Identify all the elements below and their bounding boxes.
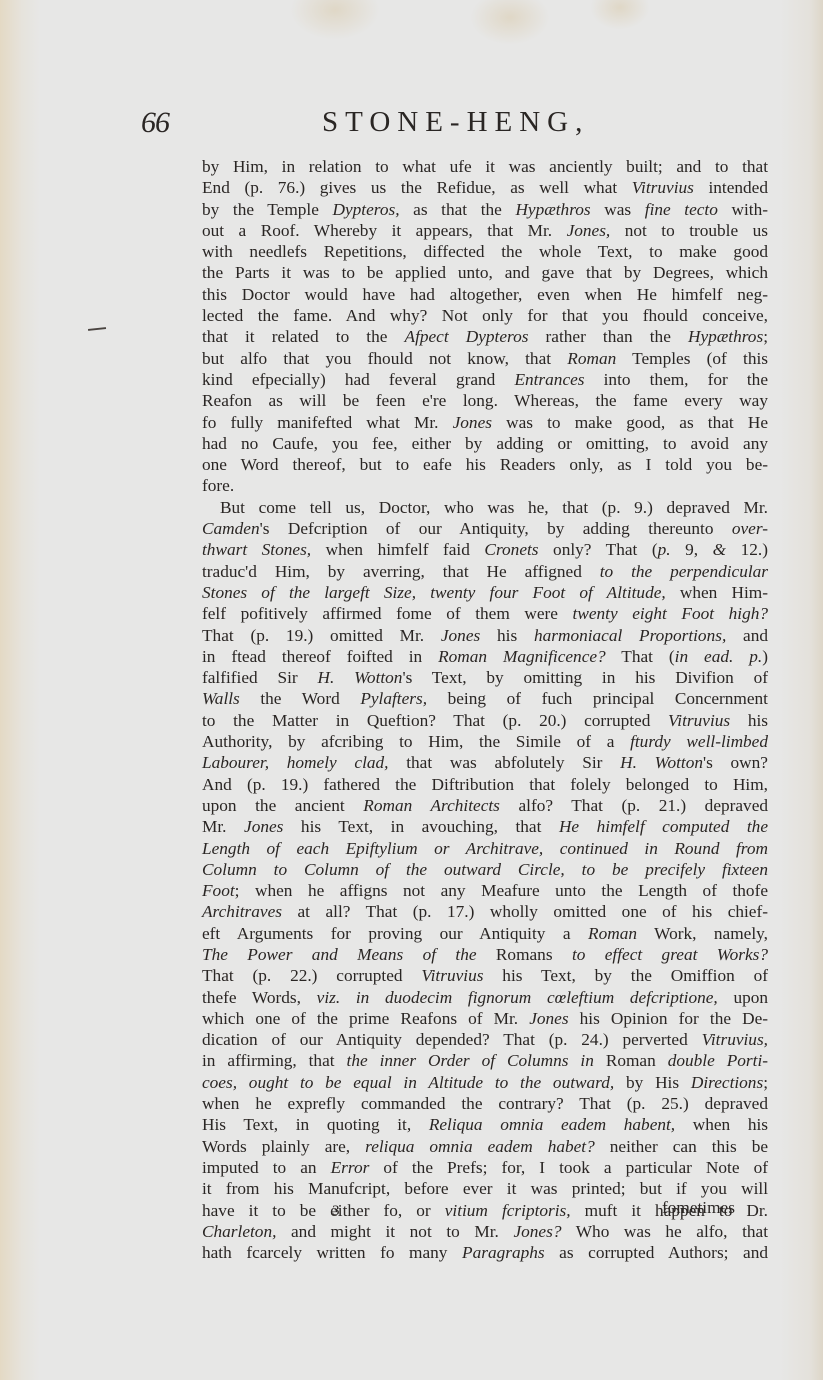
text-line: Stones of the largeft Size, twenty four … (202, 582, 768, 603)
text-line: fore. (202, 475, 768, 496)
text-line: Foot; when he affigns not any Meafure un… (202, 880, 768, 901)
text-line: when he exprefly commanded the contrary?… (202, 1093, 768, 1114)
running-head: STONE-HENG, (322, 106, 589, 139)
text-line: thwart Stones, when himfelf faid Cronets… (202, 539, 768, 560)
book-page: 66 STONE-HENG, by Him, in relation to wh… (0, 0, 823, 1380)
text-line: hath fcarcely written fo many Paragraphs… (202, 1242, 768, 1263)
text-line: coes, ought to be equal in Altitude to t… (202, 1072, 768, 1093)
text-line: Walls the Word Pylafters, being of fuch … (202, 688, 768, 709)
text-line: lected the fame. And why? Not only for t… (202, 305, 768, 326)
text-line: Mr. Jones his Text, in avouching, that H… (202, 816, 768, 837)
text-line: dication of our Antiquity depended? That… (202, 1029, 768, 1050)
text-line: felf pofitively affirmed fome of them we… (202, 603, 768, 624)
text-line: in ftead thereof foifted in Roman Magnif… (202, 646, 768, 667)
text-line: imputed to an Error of the Prefs; for, I… (202, 1157, 768, 1178)
text-line: to the Matter in Queftion? That (p. 20.)… (202, 710, 768, 731)
catchword: fometimes (662, 1198, 735, 1218)
text-line: it from his Manufcript, before ever it w… (202, 1178, 768, 1199)
text-line: Charleton, and might it not to Mr. Jones… (202, 1221, 768, 1242)
text-line: Words plainly are, reliqua omnia eadem h… (202, 1136, 768, 1157)
text-line: traduc'd Him, by averring, that He affig… (202, 561, 768, 582)
foxing-stain (590, 0, 650, 30)
text-line: His Text, in quoting it, Reliqua omnia e… (202, 1114, 768, 1135)
text-line: with needlefs Repetitions, diffected the… (202, 241, 768, 262)
text-line: the Parts it was to be applied unto, and… (202, 262, 768, 283)
text-line: And (p. 19.) fathered the Diftribution t… (202, 774, 768, 795)
text-line: That (p. 19.) omitted Mr. Jones his harm… (202, 625, 768, 646)
text-line: by the Temple Dypteros, as that the Hypæ… (202, 199, 768, 220)
text-line: The Power and Means of the Romans to eff… (202, 944, 768, 965)
text-line: kind efpecially) had feveral grand Entra… (202, 369, 768, 390)
text-line: thefe Words, viz. in duodecim fignorum c… (202, 987, 768, 1008)
text-line: this Doctor would have had altogether, e… (202, 284, 768, 305)
paragraph: by Him, in relation to what ufe it was a… (202, 156, 768, 497)
text-line: in affirming, that the inner Order of Co… (202, 1050, 768, 1071)
foxing-stain (290, 0, 380, 40)
text-line: End (p. 76.) gives us the Refidue, as we… (202, 177, 768, 198)
signature-mark: 3 (332, 1203, 340, 1220)
text-line: one Word thereof, but to eafe his Reader… (202, 454, 768, 475)
text-line: fo fully manifefted what Mr. Jones was t… (202, 412, 768, 433)
text-line: Labourer, homely clad, that was abfolute… (202, 752, 768, 773)
margin-mark (88, 327, 106, 330)
text-line: Column to Column of the outward Circle, … (202, 859, 768, 880)
text-line: eft Arguments for proving our Antiquity … (202, 923, 768, 944)
text-line: Architraves at all? That (p. 17.) wholly… (202, 901, 768, 922)
text-line: which one of the prime Reafons of Mr. Jo… (202, 1008, 768, 1029)
text-line: but alfo that you fhould not know, that … (202, 348, 768, 369)
text-line: by Him, in relation to what ufe it was a… (202, 156, 768, 177)
page-header: 66 STONE-HENG, (0, 106, 823, 150)
text-line: Camden's Defcription of our Antiquity, b… (202, 518, 768, 539)
page-number: 66 (141, 106, 169, 140)
paragraph: But come tell us, Doctor, who was he, th… (202, 497, 768, 1264)
text-line: upon the ancient Roman Architects alfo? … (202, 795, 768, 816)
text-line: had no Caufe, you fee, either by adding … (202, 433, 768, 454)
foxing-stain (470, 0, 550, 45)
text-line: out a Roof. Whereby it appears, that Mr.… (202, 220, 768, 241)
text-line: Length of each Epiftylium or Architrave,… (202, 838, 768, 859)
body-text: by Him, in relation to what ufe it was a… (202, 156, 768, 1263)
text-line: Authority, by afcribing to Him, the Simi… (202, 731, 768, 752)
text-line: falfified Sir H. Wotton's Text, by omitt… (202, 667, 768, 688)
text-line: That (p. 22.) corrupted Vitruvius his Te… (202, 965, 768, 986)
text-line: Reafon as will be feen e're long. Wherea… (202, 390, 768, 411)
text-line: But come tell us, Doctor, who was he, th… (202, 497, 768, 518)
text-line: that it related to the Afpect Dypteros r… (202, 326, 768, 347)
